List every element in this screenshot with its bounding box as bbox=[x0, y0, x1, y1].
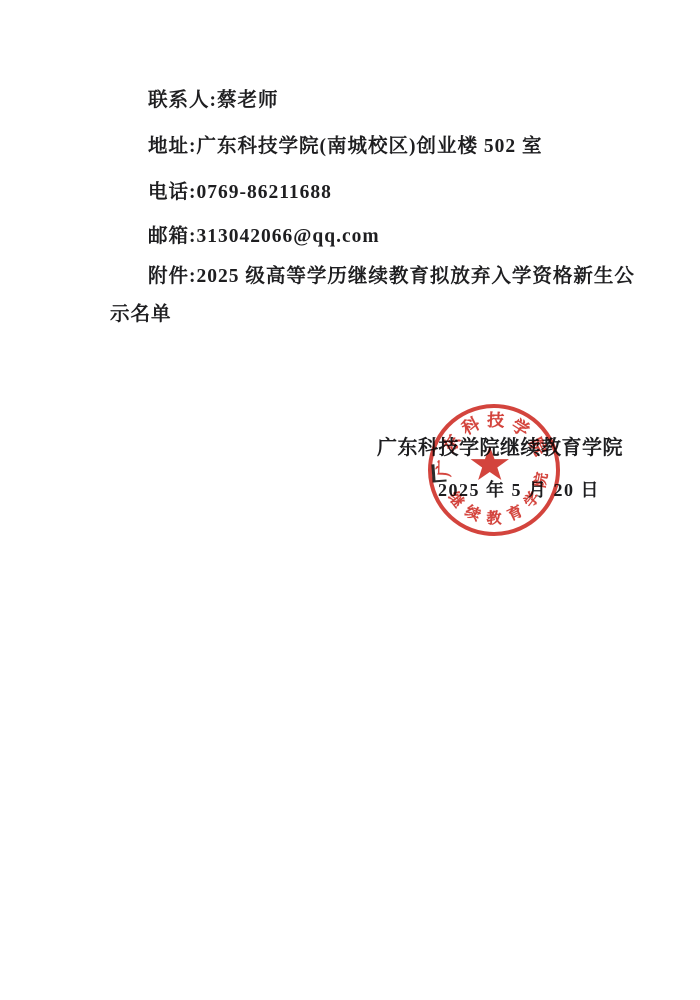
official-seal-stamp: 广 东 科 技 学 院 继 续 教 育 学 院 bbox=[415, 391, 573, 549]
phone-line: 电话:0769-86211688 bbox=[148, 182, 332, 204]
address-line: 地址:广东科技学院(南城校区)创业楼 502 室 bbox=[148, 136, 542, 158]
email-line: 邮箱:313042066@qq.com bbox=[148, 226, 380, 248]
seal-top-arc-char: 广 bbox=[431, 457, 454, 480]
seal-bottom-arc-char: 院 bbox=[527, 467, 553, 493]
attachment-line-2: 示名单 bbox=[110, 304, 172, 326]
attachment-line-1: 附件:2025 级高等学历继续教育拟放弃入学资格新生公 bbox=[148, 266, 635, 288]
scanned-document-page: 联系人:蔡老师 地址:广东科技学院(南城校区)创业楼 502 室 电话:0769… bbox=[0, 0, 700, 1000]
contact-person-line: 联系人:蔡老师 bbox=[148, 90, 279, 112]
seal-top-arc-char: 技 bbox=[484, 407, 507, 430]
